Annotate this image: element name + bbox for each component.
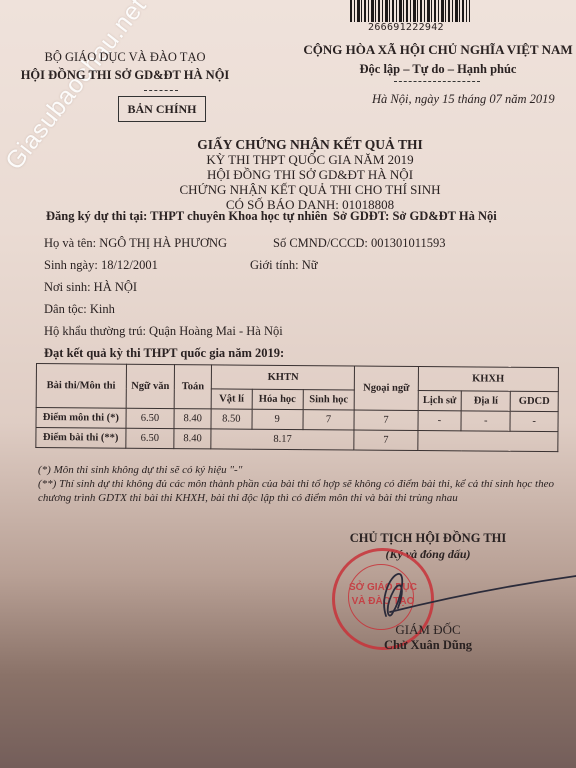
signature-scribble [380, 568, 576, 628]
candidate-name: Họ và tên: NGÔ THỊ HÀ PHƯƠNG [44, 236, 227, 251]
ministry-name: BỘ GIÁO DỤC VÀ ĐÀO TẠO [0, 50, 250, 65]
results-table: Bài thi/Môn thi Ngữ văn Toán KHTN Ngoại … [35, 363, 559, 452]
exam-score-khxh [417, 430, 558, 451]
certificate-document: Giasubaochau.net 266691222942 BỘ GIÁO DỤ… [0, 0, 576, 768]
registration-department: Sở GDĐT: Sở GD&ĐT Hà Nội [333, 209, 497, 224]
header-literature: Ngữ văn [126, 364, 175, 408]
candidate-ethnicity: Dân tộc: Kinh [44, 302, 115, 317]
header-khtn: KHTN [211, 365, 355, 390]
exam-score-math: 8.40 [174, 429, 211, 449]
score-language: 7 [354, 410, 417, 430]
original-copy-badge: BẢN CHÍNH [118, 96, 206, 122]
country-name: CỘNG HÒA XÃ HỘI CHỦ NGHĨA VIỆT NAM [298, 42, 576, 58]
header-biology: Sinh học [303, 390, 355, 410]
header-history: Lịch sử [418, 390, 462, 410]
table-row: Điểm bài thi (**) 6.50 8.40 8.17 7 [36, 428, 558, 452]
header-civics: GDCD [510, 391, 558, 411]
score-math: 8.40 [174, 409, 211, 429]
score-physics: 8.50 [211, 409, 252, 429]
note-combined-exam: (**) Thí sinh dự thi không đủ các môn th… [38, 478, 558, 505]
score-biology: 7 [303, 410, 355, 430]
header-label: Bài thi/Môn thi [36, 364, 126, 409]
score-civics: - [510, 411, 558, 431]
candidate-gender: Giới tính: Nữ [250, 258, 318, 273]
signatory-position: GIÁM ĐỐC [318, 622, 538, 638]
header-chemistry: Hóa học [252, 389, 303, 409]
candidate-dob: Sinh ngày: 18/12/2001 [44, 258, 158, 273]
exam-council-name: HỘI ĐỒNG THI SỞ GD&ĐT HÀ NỘI [0, 68, 250, 83]
issue-date: Hà Nội, ngày 15 tháng 07 năm 2019 [372, 92, 555, 107]
signatory-title: CHỦ TỊCH HỘI ĐỒNG THI [318, 531, 538, 546]
registration-place: Đăng ký dự thi tại: THPT chuyên Khoa học… [46, 209, 327, 224]
row-label: Điểm bài thi (**) [36, 428, 126, 449]
header-math: Toán [175, 365, 212, 409]
score-chemistry: 9 [252, 409, 303, 429]
barcode-number: 266691222942 [368, 22, 444, 33]
divider [144, 90, 178, 91]
council-line: HỘI ĐỒNG THI SỞ GD&ĐT HÀ NỘI [120, 167, 500, 183]
divider [394, 81, 480, 82]
header-physics: Vật lí [211, 389, 252, 409]
row-label: Điểm môn thi (*) [36, 408, 126, 429]
signatory-name: Chử Xuân Dũng [318, 638, 538, 653]
barcode [350, 0, 470, 22]
header-khxh: KHXH [418, 367, 559, 392]
exam-score-language: 7 [354, 430, 417, 450]
header-language: Ngoại ngữ [355, 366, 418, 410]
national-motto: Độc lập – Tự do – Hạnh phúc [298, 62, 576, 77]
score-history: - [417, 410, 461, 430]
candidate-birthplace: Nơi sinh: HÀ NỘI [44, 280, 137, 295]
candidate-id-number: Số CMND/CCCD: 001301011593 [273, 236, 445, 251]
exam-score-khtn: 8.17 [211, 429, 355, 450]
certify-line: CHỨNG NHẬN KẾT QUẢ THI CHO THÍ SINH [120, 182, 500, 198]
note-absent-symbol: (*) Môn thi sinh không dự thi sẽ có ký h… [38, 464, 558, 478]
exam-name: KỲ THI THPT QUỐC GIA NĂM 2019 [120, 152, 500, 168]
certificate-title: GIẤY CHỨNG NHẬN KẾT QUẢ THI [120, 137, 500, 153]
header-geography: Địa lí [461, 391, 510, 411]
results-heading: Đạt kết quả kỳ thi THPT quốc gia năm 201… [44, 346, 284, 361]
score-geography: - [461, 411, 510, 431]
candidate-residence: Hộ khẩu thường trú: Quận Hoàng Mai - Hà … [44, 324, 283, 339]
score-literature: 6.50 [126, 408, 175, 428]
exam-score-literature: 6.50 [125, 428, 174, 448]
